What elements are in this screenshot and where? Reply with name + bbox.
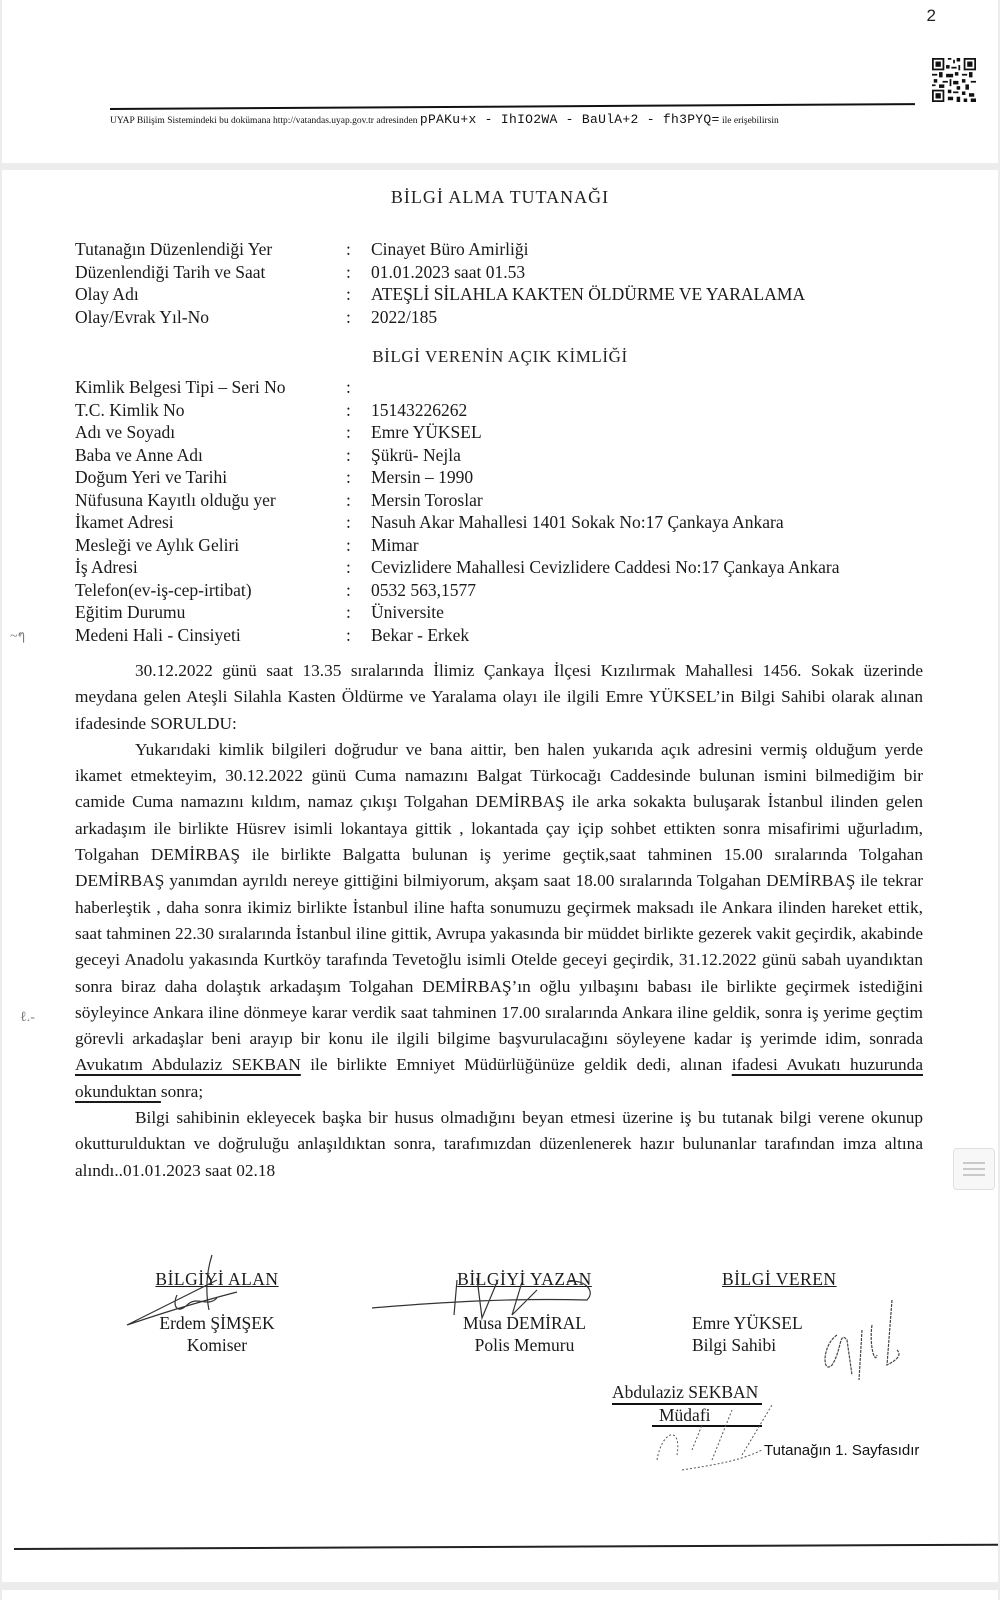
field-row: Nüfusuna Kayıtlı olduğu yer:Mersin Toros…: [75, 489, 839, 512]
field-value: Mimar: [371, 534, 419, 557]
paragraph-closing: Bilgi sahibinin ekleyecek başka bir husu…: [75, 1105, 923, 1184]
field-value: Mersin Toroslar: [371, 489, 483, 512]
margin-scribble-mark: ~ๆ: [10, 625, 25, 647]
field-label: Telefon(ev-iş-cep-irtibat): [75, 579, 346, 602]
field-separator: :: [346, 376, 371, 399]
field-row: Medeni Hali - Cinsiyeti:Bekar - Erkek: [75, 624, 839, 647]
signature-heading: BİLGİYİ YAZAN: [432, 1268, 617, 1290]
field-separator: :: [346, 283, 371, 306]
field-separator: :: [346, 238, 371, 261]
signatory-title: Polis Memuru: [432, 1334, 617, 1356]
menu-lines-icon[interactable]: [953, 1148, 995, 1190]
statement-body: 30.12.2022 günü saat 13.35 sıralarında İ…: [75, 658, 923, 1184]
document-title: BİLGİ ALMA TUTANAĞI: [2, 187, 998, 208]
uyap-access-line: UYAP Bilişim Sistemindeki bu dokümana ht…: [110, 112, 779, 127]
divider: [14, 1544, 998, 1550]
signature-block-writer: BİLGİYİ YAZAN Musa DEMİRAL Polis Memuru: [432, 1268, 617, 1356]
field-row: Olay/Evrak Yıl-No:2022/185: [75, 306, 805, 329]
statement-text: Yukarıdaki kimlik bilgileri doğrudur ve …: [75, 740, 923, 1048]
signature-heading: BİLGİ VEREN: [722, 1268, 892, 1290]
field-value: 0532 563,1577: [371, 579, 476, 602]
field-value: Cevizlidere Mahallesi Cevizlidere Caddes…: [371, 556, 839, 579]
page-footer-note: Tutanağın 1. Sayfasıdır: [764, 1442, 919, 1459]
attorney-title: Müdafi: [612, 1405, 762, 1425]
field-separator: :: [346, 261, 371, 284]
field-separator: :: [346, 306, 371, 329]
field-label: İkamet Adresi: [75, 511, 346, 534]
field-separator: :: [346, 624, 371, 647]
field-value: 01.01.2023 saat 01.53: [371, 261, 525, 284]
page-number: 2: [927, 6, 936, 26]
attorney-name: Abdulaziz SEKBAN: [612, 1382, 762, 1405]
field-row: Kimlik Belgesi Tipi – Seri No:: [75, 376, 839, 399]
field-label: Doğum Yeri ve Tarihi: [75, 466, 346, 489]
field-label: Nüfusuna Kayıtlı olduğu yer: [75, 489, 346, 512]
field-row: Düzenlendiği Tarih ve Saat:01.01.2023 sa…: [75, 261, 805, 284]
document-page: BİLGİ ALMA TUTANAĞI Tutanağın Düzenlendi…: [2, 170, 998, 1582]
field-row: T.C. Kimlik No:15143226262: [75, 399, 839, 422]
field-label: İş Adresi: [75, 556, 346, 579]
margin-scribble-mark: ℓ.-: [20, 1010, 35, 1026]
underlined-lawyer-name: Avukatım Abdulaziz SEKBAN: [75, 1055, 301, 1074]
field-row: Adı ve Soyadı:Emre YÜKSEL: [75, 421, 839, 444]
field-separator: :: [346, 399, 371, 422]
field-separator: :: [346, 421, 371, 444]
field-separator: :: [346, 466, 371, 489]
field-label: Adı ve Soyadı: [75, 421, 346, 444]
field-row: Doğum Yeri ve Tarihi:Mersin – 1990: [75, 466, 839, 489]
statement-text: sonra;: [161, 1082, 203, 1101]
signatory-name: Musa DEMİRAL: [432, 1312, 617, 1334]
paragraph-intro: 30.12.2022 günü saat 13.35 sıralarında İ…: [75, 658, 923, 737]
field-row: İkamet Adresi:Nasuh Akar Mahallesi 1401 …: [75, 511, 839, 534]
field-label: Baba ve Anne Adı: [75, 444, 346, 467]
uyap-access-code: pPAKu+x - IhIO2WA - BaUlA+2 - fh3PYQ=: [420, 112, 720, 127]
field-value: Emre YÜKSEL: [371, 421, 482, 444]
paragraph-statement: Yukarıdaki kimlik bilgileri doğrudur ve …: [75, 737, 923, 1105]
field-label: T.C. Kimlik No: [75, 399, 346, 422]
signatory-title: Bilgi Sahibi: [692, 1334, 892, 1356]
field-row: Baba ve Anne Adı:Şükrü- Nejla: [75, 444, 839, 467]
field-label: Kimlik Belgesi Tipi – Seri No: [75, 376, 346, 399]
uyap-prefix: UYAP Bilişim Sistemindeki bu dokümana ht…: [110, 116, 417, 126]
field-row: Olay Adı:ATEŞLİ SİLAHLA KAKTEN ÖLDÜRME V…: [75, 283, 805, 306]
defense-attorney-block: Abdulaziz SEKBAN Müdafi: [612, 1382, 762, 1427]
field-label: Olay Adı: [75, 283, 346, 306]
field-label: Medeni Hali - Cinsiyeti: [75, 624, 346, 647]
header-fields: Tutanağın Düzenlendiği Yer:Cinayet Büro …: [75, 238, 805, 328]
field-row: İş Adresi:Cevizlidere Mahallesi Cevizlid…: [75, 556, 839, 579]
field-label: Mesleği ve Aylık Geliri: [75, 534, 346, 557]
signature-block-receiver: BİLGİYİ ALAN Erdem ŞİMŞEK Komiser: [142, 1268, 292, 1356]
field-separator: :: [346, 444, 371, 467]
field-label: Düzenlendiği Tarih ve Saat: [75, 261, 346, 284]
signature-heading: BİLGİYİ ALAN: [142, 1268, 292, 1290]
field-value: ATEŞLİ SİLAHLA KAKTEN ÖLDÜRME VE YARALAM…: [371, 283, 805, 306]
signature-block-informant: BİLGİ VEREN Emre YÜKSEL Bilgi Sahibi: [692, 1268, 892, 1356]
field-row: Telefon(ev-iş-cep-irtibat): 0532 563,157…: [75, 579, 839, 602]
field-value: Şükrü- Nejla: [371, 444, 461, 467]
statement-text: ile birlikte Emniyet Müdürlüğünüze geldi…: [301, 1055, 732, 1074]
field-value: Cinayet Büro Amirliği: [371, 238, 529, 261]
divider: [110, 103, 915, 110]
field-value: 15143226262: [371, 399, 467, 422]
field-row: Tutanağın Düzenlendiği Yer:Cinayet Büro …: [75, 238, 805, 261]
field-row: Eğitim Durumu:Üniversite: [75, 601, 839, 624]
field-separator: :: [346, 579, 371, 602]
signatory-name: Emre YÜKSEL: [692, 1312, 892, 1334]
field-label: Olay/Evrak Yıl-No: [75, 306, 346, 329]
field-value: Nasuh Akar Mahallesi 1401 Sokak No:17 Ça…: [371, 511, 784, 534]
field-separator: :: [346, 601, 371, 624]
field-row: Mesleği ve Aylık Geliri:Mimar: [75, 534, 839, 557]
field-separator: :: [346, 489, 371, 512]
field-separator: :: [346, 556, 371, 579]
field-separator: :: [346, 511, 371, 534]
identity-fields: Kimlik Belgesi Tipi – Seri No:T.C. Kimli…: [75, 376, 839, 646]
identity-section-title: BİLGİ VERENİN AÇIK KİMLİĞİ: [2, 347, 998, 367]
field-value: Üniversite: [371, 601, 444, 624]
next-page-strip: [2, 1590, 998, 1600]
uyap-suffix: ile erişebilirsin: [722, 116, 779, 126]
signatory-title: Komiser: [142, 1334, 292, 1356]
field-value: Bekar - Erkek: [371, 624, 469, 647]
field-label: Eğitim Durumu: [75, 601, 346, 624]
signatory-name: Erdem ŞİMŞEK: [142, 1312, 292, 1334]
field-value: 2022/185: [371, 306, 437, 329]
field-value: Mersin – 1990: [371, 466, 473, 489]
previous-page-strip: 2 UYAP Bilişim Sistemindeki bu dokümana …: [2, 0, 998, 163]
qr-code-icon: [932, 58, 976, 102]
field-separator: :: [346, 534, 371, 557]
field-label: Tutanağın Düzenlendiği Yer: [75, 238, 346, 261]
